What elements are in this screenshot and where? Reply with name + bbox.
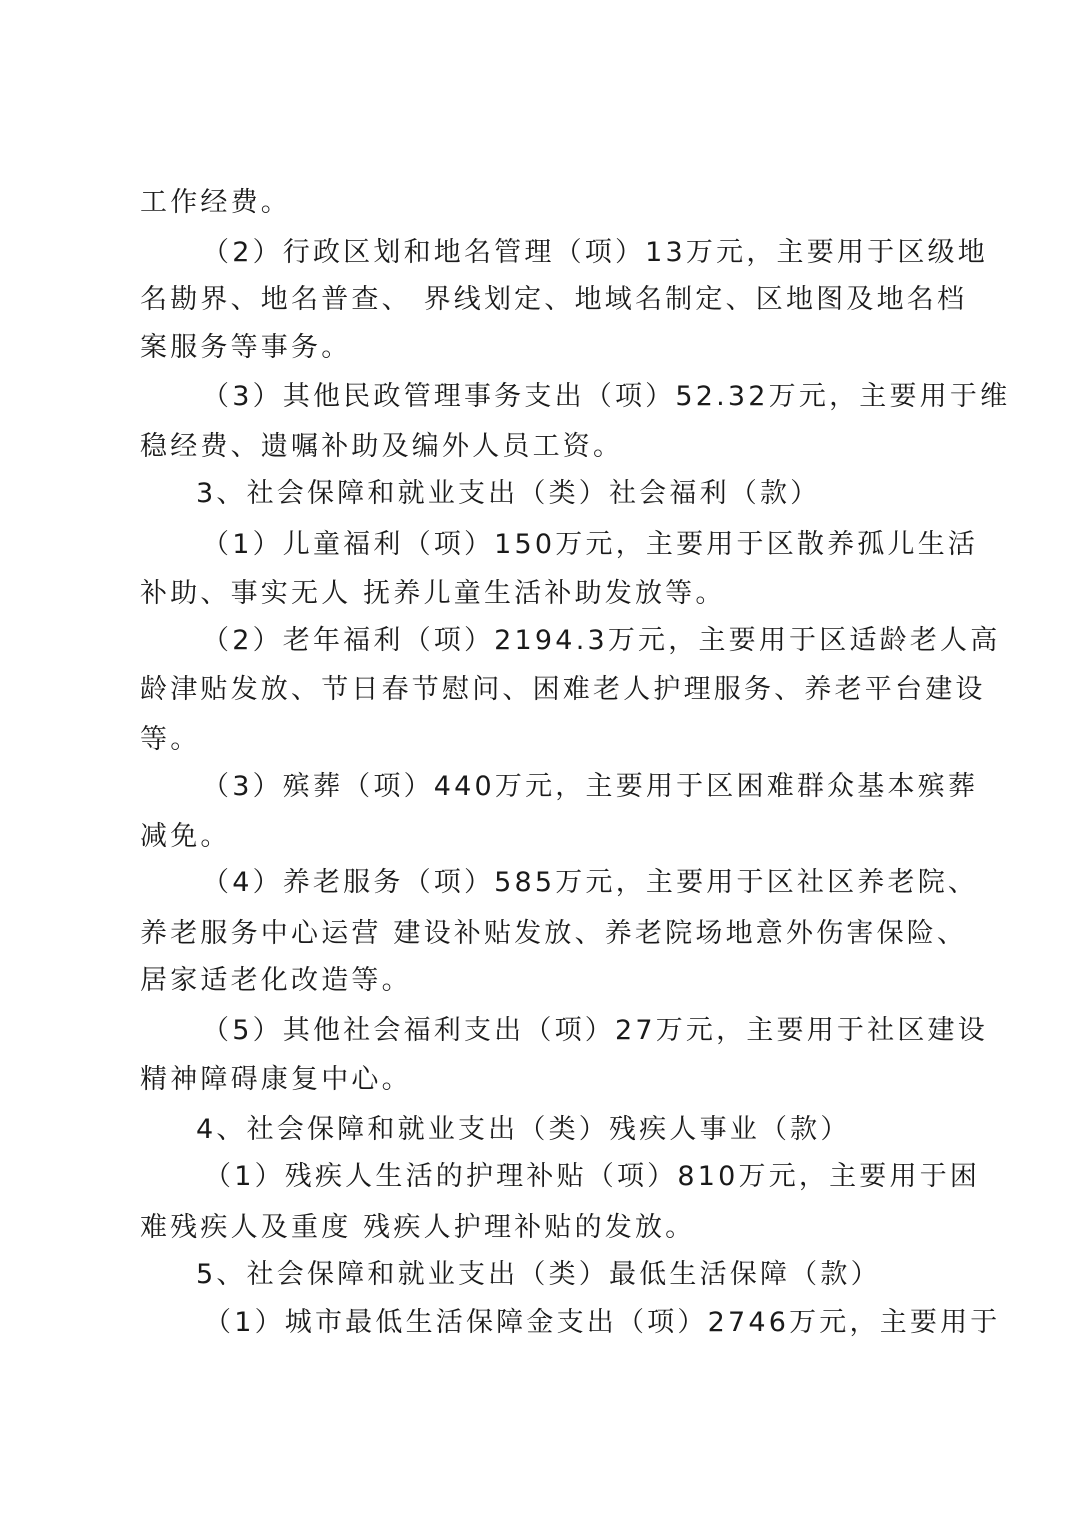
text-line: 居家适老化改造等。 — [140, 961, 940, 1001]
text-line: 补助、事实无人 抚养儿童生活补助发放等。 — [140, 574, 940, 614]
item-disability-care-subsidy: （1）残疾人生活的护理补贴（项）810万元，主要用于困 — [204, 1157, 940, 1197]
item-admin-division-place-names: （2）行政区划和地名管理（项）13万元，主要用于区级地 — [202, 233, 940, 273]
item-elderly-welfare: （2）老年福利（项）2194.3万元，主要用于区适龄老人高 — [202, 621, 940, 661]
text-line: 难残疾人及重度 残疾人护理补贴的发放。 — [140, 1208, 940, 1248]
text-line: 减免。 — [140, 817, 940, 857]
item-elderly-care-services: （4）养老服务（项）585万元，主要用于区社区养老院、 — [202, 863, 940, 903]
text-line: 稳经费、遗嘱补助及编外人员工资。 — [140, 427, 940, 467]
item-child-welfare: （1）儿童福利（项）150万元，主要用于区散养孤儿生活 — [202, 525, 940, 565]
text-line: 案服务等事务。 — [140, 328, 940, 368]
item-funeral: （3）殡葬（项）440万元，主要用于区困难群众基本殡葬 — [202, 767, 940, 807]
text-line: 名勘界、地名普查、 界线划定、地域名制定、区地图及地名档 — [140, 280, 940, 320]
text-line: 等。 — [140, 720, 940, 760]
text-line-continuation: 工作经费。 — [140, 183, 940, 223]
item-other-social-welfare: （5）其他社会福利支出（项）27万元，主要用于社区建设 — [202, 1011, 940, 1051]
text-line: 龄津贴发放、节日春节慰问、困难老人护理服务、养老平台建设 — [140, 670, 940, 710]
document-page: 工作经费。 （2）行政区划和地名管理（项）13万元，主要用于区级地 名勘界、地名… — [0, 0, 1074, 1520]
section-heading-minimum-living: 5、社会保障和就业支出（类）最低生活保障（款） — [196, 1255, 996, 1295]
text-line: 养老服务中心运营 建设补贴发放、养老院场地意外伤害保险、 — [140, 914, 940, 954]
section-heading-disability: 4、社会保障和就业支出（类）残疾人事业（款） — [196, 1110, 996, 1150]
item-other-civil-affairs: （3）其他民政管理事务支出（项）52.32万元，主要用于维 — [202, 377, 940, 417]
text-line: 精神障碍康复中心。 — [140, 1060, 940, 1100]
section-heading-social-welfare: 3、社会保障和就业支出（类）社会福利（款） — [196, 474, 996, 514]
item-urban-minimum-living: （1）城市最低生活保障金支出（项）2746万元，主要用于 — [204, 1303, 940, 1343]
